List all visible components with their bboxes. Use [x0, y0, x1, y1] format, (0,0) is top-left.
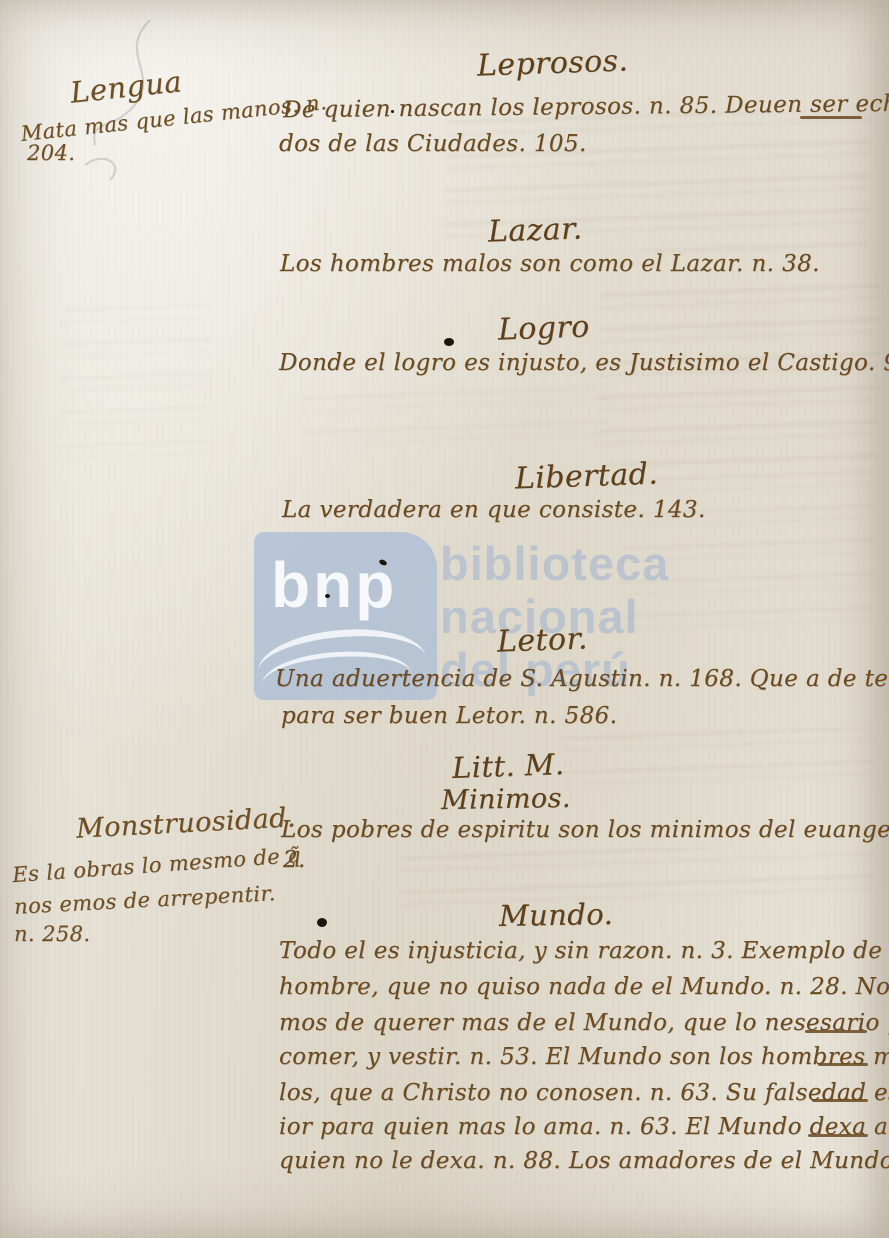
- section-heading-lazar: Lazar.: [487, 211, 583, 249]
- manuscript-line: quien no le dexa. n. 88. Los amadores de…: [279, 1148, 889, 1174]
- flourish-stroke: [818, 1063, 868, 1066]
- manuscript-line: Una aduertencia de S. Agustin. n. 168. Q…: [275, 666, 889, 692]
- margin-note-title: Lengua: [69, 64, 184, 110]
- margin-note-title: Monstruosidad.: [75, 802, 296, 844]
- manuscript-line: Los hombres malos son como el Lazar. n. …: [280, 251, 820, 277]
- margin-note-line: Es la obras lo mesmo de q̃: [12, 843, 302, 887]
- manuscript-line: los, que a Christo no conosen. n. 63. Su…: [279, 1080, 889, 1106]
- ink-blot: [444, 338, 454, 346]
- section-heading-mundo: Mundo.: [499, 897, 614, 933]
- manuscript-line: dos de las Ciudades. 105.: [279, 131, 587, 157]
- manuscript-line: Donde el logro es injusto, es Justisimo …: [279, 350, 889, 376]
- manuscript-line: para ser buen Letor. n. 586.: [281, 703, 617, 729]
- manuscript-line: De quien nascan los leprosos. n. 85. Deu…: [283, 91, 889, 124]
- margin-note-line: n. 258.: [14, 922, 90, 946]
- manuscript-line: hombre, que no quiso nada de el Mundo. n…: [279, 974, 889, 1000]
- flourish-stroke: [808, 1134, 868, 1137]
- margin-note-line: nos emos de arrepentir.: [14, 881, 277, 919]
- flourish-stroke: [812, 1099, 868, 1102]
- section-heading-libertad: Libertad.: [514, 457, 658, 497]
- ink-blot: [317, 918, 327, 927]
- ink-blot: [325, 594, 330, 598]
- manuscript-line: La verdadera en que consiste. 143.: [282, 497, 706, 523]
- handwriting-layer: Lengua Mata mas que las manos. n. 204. L…: [0, 0, 889, 1238]
- manuscript-page: bnp biblioteca nacional del perú Lengua …: [0, 0, 889, 1238]
- manuscript-line: comer, y vestir. n. 53. El Mundo son los…: [279, 1044, 889, 1070]
- section-subheading-minimos: Minimos.: [441, 783, 571, 816]
- section-heading-logro: Logro: [497, 309, 590, 347]
- flourish-stroke: [800, 116, 862, 119]
- manuscript-line: Los pobres de espiritu son los minimos d…: [281, 817, 889, 843]
- manuscript-line: Todo el es injusticia, y sin razon. n. 3…: [279, 938, 889, 964]
- ink-blot: [391, 110, 394, 113]
- flourish-stroke: [805, 1030, 867, 1033]
- manuscript-line: mos de querer mas de el Mundo, que lo ne…: [279, 1010, 889, 1036]
- section-heading-letor: Letor.: [496, 621, 588, 659]
- margin-note-line: 204.: [27, 141, 75, 165]
- manuscript-line: ior para quien mas lo ama. n. 63. El Mun…: [279, 1114, 888, 1140]
- section-heading-litt-m: Litt. M.: [451, 747, 565, 785]
- section-heading-leprosos: Leprosos.: [476, 43, 628, 83]
